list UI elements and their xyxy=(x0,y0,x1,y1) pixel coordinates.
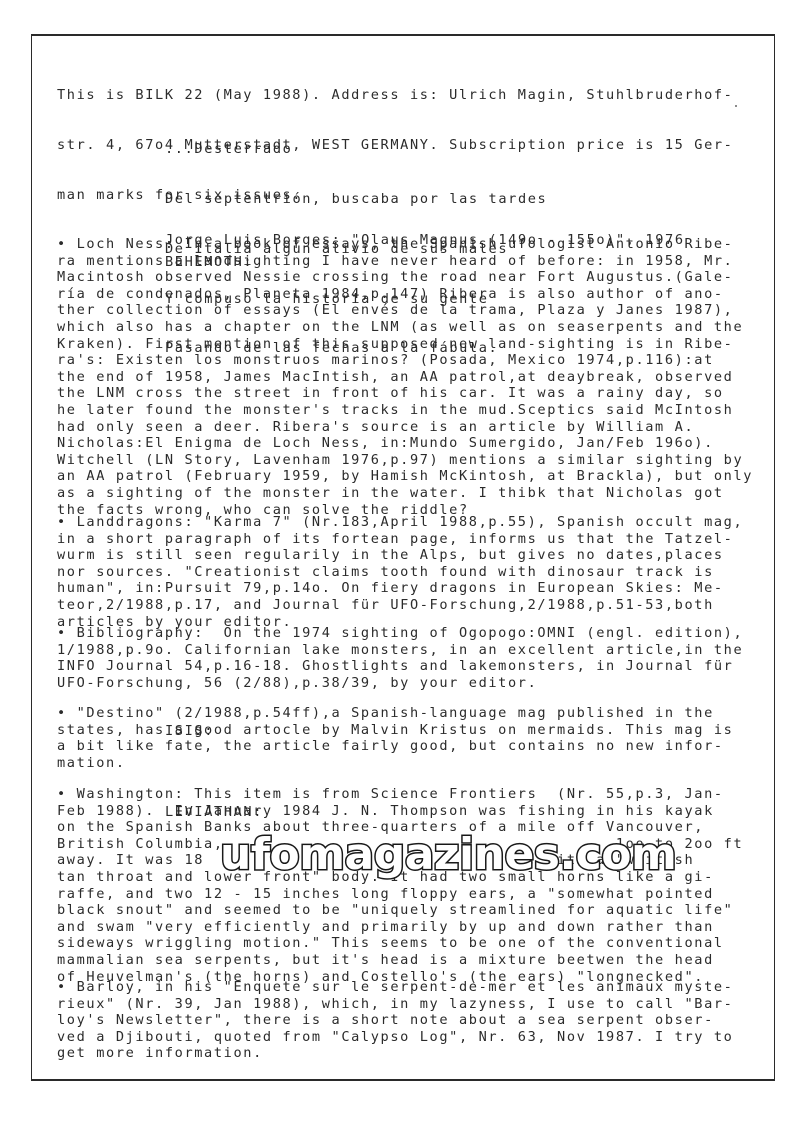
paragraph-line: Nicholas:El Enigma de Loch Ness, in:Mund… xyxy=(57,435,753,452)
landdragons-paragraph: • Landdragons: "Karma 7" (Nr.183,April 1… xyxy=(57,514,743,630)
paragraph-line: Witchell (LN Story, Lavenham 1976,p.97) … xyxy=(57,452,753,469)
paragraph-line: loy's Newsletter", there is a short note… xyxy=(57,1012,734,1029)
paragraph-line: ved a Djibouti, quoted from "Calypso Log… xyxy=(57,1029,734,1046)
paragraph-line: Macintosh observed Nessie crossing the r… xyxy=(57,269,753,286)
paragraph-line: • "Destino" (2/1988,p.54ff),a Spanish-la… xyxy=(57,705,734,722)
paragraph-line: black snout" and seemed to be "uniquely … xyxy=(57,902,743,919)
paragraph-line: teor,2/1988,p.17, and Journal für UFO-Fo… xyxy=(57,597,743,614)
paragraph-line: • Washington: This item is from Science … xyxy=(57,786,743,803)
paragraph-line: Kraken). First mention of this supposed … xyxy=(57,336,753,353)
paragraph-line: as a sighting of the monster in the wate… xyxy=(57,485,753,502)
destino-paragraph: • "Destino" (2/1988,p.54ff),a Spanish-la… xyxy=(57,705,734,771)
paragraph-line: • Bibliography: On the 1974 sighting of … xyxy=(57,625,743,642)
paragraph-line: a bit like fate, the article fairly good… xyxy=(57,738,734,755)
bibliography-paragraph: • Bibliography: On the 1974 sighting of … xyxy=(57,625,743,691)
paragraph-line: raffe, and two 12 - 15 inches long flopp… xyxy=(57,886,743,903)
paragraph-line: the LNM cross the street in front of his… xyxy=(57,385,753,402)
paragraph-line: rieux" (Nr. 39, Jan 1988), which, in my … xyxy=(57,996,734,1013)
paragraph-line: ra mentions a landsighting I have never … xyxy=(57,253,753,270)
paragraph-line: had only seen a deer. Ribera's source is… xyxy=(57,419,753,436)
paragraph-line: mation. xyxy=(57,755,734,772)
paragraph-line: ther collection of essays (El envés de l… xyxy=(57,302,753,319)
verse-line: ...Desterrado xyxy=(165,141,547,158)
paragraph-line: INFO Journal 54,p.16-18. Ghostlights and… xyxy=(57,658,743,675)
paragraph-line: states, has a good artocle by Malvin Kri… xyxy=(57,722,734,739)
paragraph-line: Feb 1988). In January 1984 J. N. Thompso… xyxy=(57,803,743,820)
paragraph-line: human", in:Pursuit 79,p.14o. On fiery dr… xyxy=(57,580,743,597)
paragraph-line: which also has a chapter on the LNM (as … xyxy=(57,319,753,336)
paragraph-line: mammalian sea serpents, but it's head is… xyxy=(57,952,743,969)
paragraph-line: an AA patrol (February 1959, by Hamish M… xyxy=(57,468,753,485)
paragraph-line: he later found the monster's tracks in t… xyxy=(57,402,753,419)
paragraph-line: • Barloy, in his "Enquete sur le serpent… xyxy=(57,979,734,996)
masthead-line: This is BILK 22 (May 1988). Address is: … xyxy=(57,87,734,104)
paragraph-line: • Landdragons: "Karma 7" (Nr.183,April 1… xyxy=(57,514,743,531)
barloy-paragraph: • Barloy, in his "Enquete sur le serpent… xyxy=(57,979,734,1062)
print-speck xyxy=(735,105,737,107)
paragraph-line: UFO-Forschung, 56 (2/88),p.38/39, by you… xyxy=(57,675,743,692)
paragraph-line: 1/1988,p.9o. Californian lake monsters, … xyxy=(57,642,743,659)
paragraph-line: nor sources. "Creationist claims tooth f… xyxy=(57,564,743,581)
paragraph-line: wurm is still seen regularily in the Alp… xyxy=(57,547,743,564)
loch-ness-paragraph: • Loch Ness: In a book of essays, the Sp… xyxy=(57,236,753,518)
paragraph-line: get more information. xyxy=(57,1045,734,1062)
paragraph-line: in a short paragraph of its fortean page… xyxy=(57,531,743,548)
paragraph-line: ra's: Existen los monstruos marinos? (Po… xyxy=(57,352,753,369)
paragraph-line: and swam "very efficiently and primarily… xyxy=(57,919,743,936)
paragraph-line: sideways wriggling motion." This seems t… xyxy=(57,935,743,952)
watermark: ufomagazines.com xyxy=(220,829,676,880)
paragraph-line: ría de condenados, Planeta 1984,p.147) R… xyxy=(57,286,753,303)
paragraph-line: the end of 1958, James MacIntish, an AA … xyxy=(57,369,753,386)
paragraph-line: • Loch Ness: In a book of essays, the Sp… xyxy=(57,236,753,253)
washington-paragraph: • Washington: This item is from Science … xyxy=(57,786,743,985)
